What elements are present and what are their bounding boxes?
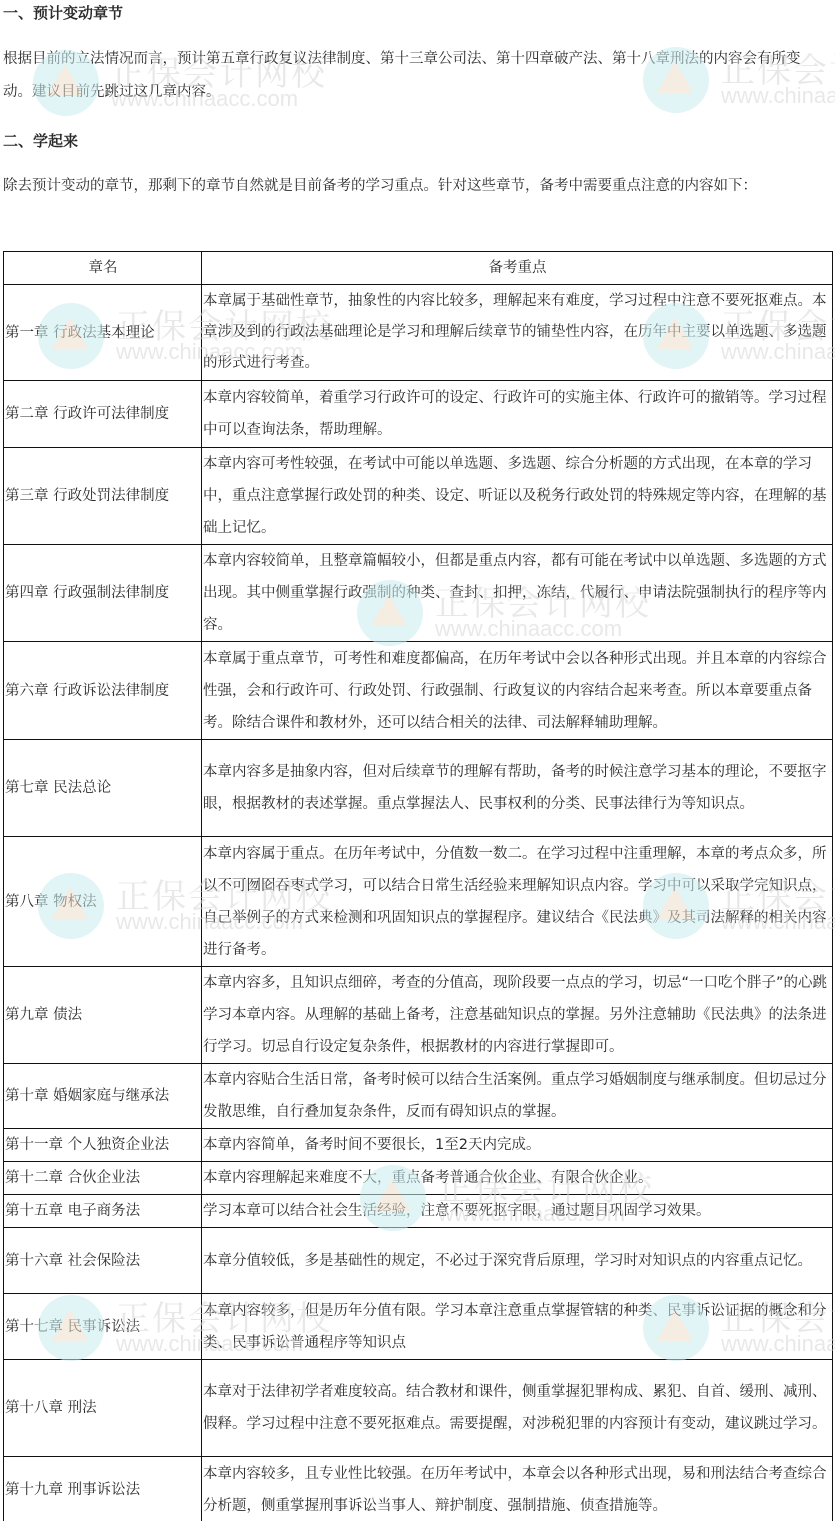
chapter-cell: 第四章 行政强制法律制度 [4, 545, 202, 642]
focus-cell: 本章内容简单，备考时间不要很长，1至2天内完成。 [202, 1129, 833, 1162]
section-paragraph-expected-changes: 根据目前的立法情况而言，预计第五章行政复议法律制度、第十三章公司法、第十四章破产… [3, 43, 829, 109]
chapter-cell: 第七章 民法总论 [4, 740, 202, 837]
table-row: 第三章 行政处罚法律制度本章内容可考性较强，在考试中可能以单选题、多选题、综合分… [4, 448, 833, 545]
chapter-cell: 第十六章 社会保险法 [4, 1228, 202, 1294]
focus-cell: 本章内容贴合生活日常，备考时候可以结合生活案例。重点学习婚姻制度与继承制度。但切… [202, 1064, 833, 1129]
chapter-study-table: 章名 备考重点 第一章 行政法基本理论本章属于基础性章节，抽象性的内容比较多，理… [3, 251, 833, 1521]
table-row: 第八章 物权法本章内容属于重点。在历年考试中，分值数一数二。在学习过程中注重理解… [4, 837, 833, 967]
table-row: 第七章 民法总论本章内容多是抽象内容，但对后续章节的理解有帮助，备考的时候注意学… [4, 740, 833, 837]
header-study-focus: 备考重点 [202, 252, 833, 285]
chapter-cell: 第十八章 刑法 [4, 1360, 202, 1457]
chapter-cell: 第一章 行政法基本理论 [4, 285, 202, 381]
focus-cell: 本章属于基础性章节，抽象性的内容比较多，理解起来有难度，学习过程中注意不要死抠难… [202, 285, 833, 381]
focus-cell: 本章内容多，且知识点细碎，考查的分值高，现阶段要一点点的学习，切忌“一口吃个胖子… [202, 967, 833, 1064]
section-heading-expected-changes: 一、预计变动章节 [3, 2, 123, 23]
table-row: 第十章 婚姻家庭与继承法本章内容贴合生活日常，备考时候可以结合生活案例。重点学习… [4, 1064, 833, 1129]
focus-cell: 本章分值较低，多是基础性的规定，不必过于深究背后原理，学习时对知识点的内容重点记… [202, 1228, 833, 1294]
table-row: 第九章 债法本章内容多，且知识点细碎，考查的分值高，现阶段要一点点的学习，切忌“… [4, 967, 833, 1064]
focus-cell: 本章内容可考性较强，在考试中可能以单选题、多选题、综合分析题的方式出现，在本章的… [202, 448, 833, 545]
focus-cell: 本章内容较多，且专业性比较强。在历年考试中，本章会以各种形式出现，易和刑法结合考… [202, 1457, 833, 1521]
table-row: 第十八章 刑法本章对于法律初学者难度较高。结合教材和课件，侧重掌握犯罪构成、累犯… [4, 1360, 833, 1457]
table-row: 第十一章 个人独资企业法本章内容简单，备考时间不要很长，1至2天内完成。 [4, 1129, 833, 1162]
chapter-cell: 第十七章 民事诉讼法 [4, 1294, 202, 1360]
table-header-row: 章名 备考重点 [4, 252, 833, 285]
focus-cell: 学习本章可以结合社会生活经验，注意不要死抠字眼，通过题目巩固学习效果。 [202, 1195, 833, 1228]
chapter-cell: 第八章 物权法 [4, 837, 202, 967]
chapter-cell: 第六章 行政诉讼法律制度 [4, 642, 202, 740]
chapter-cell: 第十一章 个人独资企业法 [4, 1129, 202, 1162]
focus-cell: 本章内容理解起来难度不大，重点备考普通合伙企业、有限合伙企业。 [202, 1162, 833, 1195]
chapter-cell: 第二章 行政许可法律制度 [4, 381, 202, 448]
focus-cell: 本章内容多是抽象内容，但对后续章节的理解有帮助，备考的时候注意学习基本的理论，不… [202, 740, 833, 837]
table-row: 第十七章 民事诉讼法本章内容较多，但是历年分值有限。学习本章注意重点掌握管辖的种… [4, 1294, 833, 1360]
section-paragraph-study: 除去预计变动的章节，那剩下的章节自然就是目前备考的学习重点。针对这些章节，备考中… [3, 170, 829, 203]
section-heading-study: 二、学起来 [3, 130, 78, 151]
chapter-cell: 第十章 婚姻家庭与继承法 [4, 1064, 202, 1129]
table-row: 第一章 行政法基本理论本章属于基础性章节，抽象性的内容比较多，理解起来有难度，学… [4, 285, 833, 381]
chapter-cell: 第十九章 刑事诉讼法 [4, 1457, 202, 1521]
focus-cell: 本章内容较简单，且整章篇幅较小，但都是重点内容，都有可能在考试中以单选题、多选题… [202, 545, 833, 642]
table-row: 第四章 行政强制法律制度本章内容较简单，且整章篇幅较小，但都是重点内容，都有可能… [4, 545, 833, 642]
table-row: 第十六章 社会保险法本章分值较低，多是基础性的规定，不必过于深究背后原理，学习时… [4, 1228, 833, 1294]
focus-cell: 本章对于法律初学者难度较高。结合教材和课件，侧重掌握犯罪构成、累犯、自首、缓刑、… [202, 1360, 833, 1457]
chapter-cell: 第十五章 电子商务法 [4, 1195, 202, 1228]
table-row: 第十九章 刑事诉讼法本章内容较多，且专业性比较强。在历年考试中，本章会以各种形式… [4, 1457, 833, 1521]
chapter-cell: 第三章 行政处罚法律制度 [4, 448, 202, 545]
table-row: 第十五章 电子商务法学习本章可以结合社会生活经验，注意不要死抠字眼，通过题目巩固… [4, 1195, 833, 1228]
table-row: 第六章 行政诉讼法律制度本章属于重点章节，可考性和难度都偏高，在历年考试中会以各… [4, 642, 833, 740]
chapter-cell: 第九章 债法 [4, 967, 202, 1064]
chapter-cell: 第十二章 合伙企业法 [4, 1162, 202, 1195]
focus-cell: 本章内容较多，但是历年分值有限。学习本章注意重点掌握管辖的种类、民事诉讼证据的概… [202, 1294, 833, 1360]
focus-cell: 本章属于重点章节，可考性和难度都偏高，在历年考试中会以各种形式出现。并且本章的内… [202, 642, 833, 740]
focus-cell: 本章内容较简单，着重学习行政许可的设定、行政许可的实施主体、行政许可的撤销等。学… [202, 381, 833, 448]
table-row: 第十二章 合伙企业法本章内容理解起来难度不大，重点备考普通合伙企业、有限合伙企业… [4, 1162, 833, 1195]
focus-cell: 本章内容属于重点。在历年考试中，分值数一数二。在学习过程中注重理解，本章的考点众… [202, 837, 833, 967]
table-row: 第二章 行政许可法律制度本章内容较简单，着重学习行政许可的设定、行政许可的实施主… [4, 381, 833, 448]
header-chapter-name: 章名 [4, 252, 202, 285]
